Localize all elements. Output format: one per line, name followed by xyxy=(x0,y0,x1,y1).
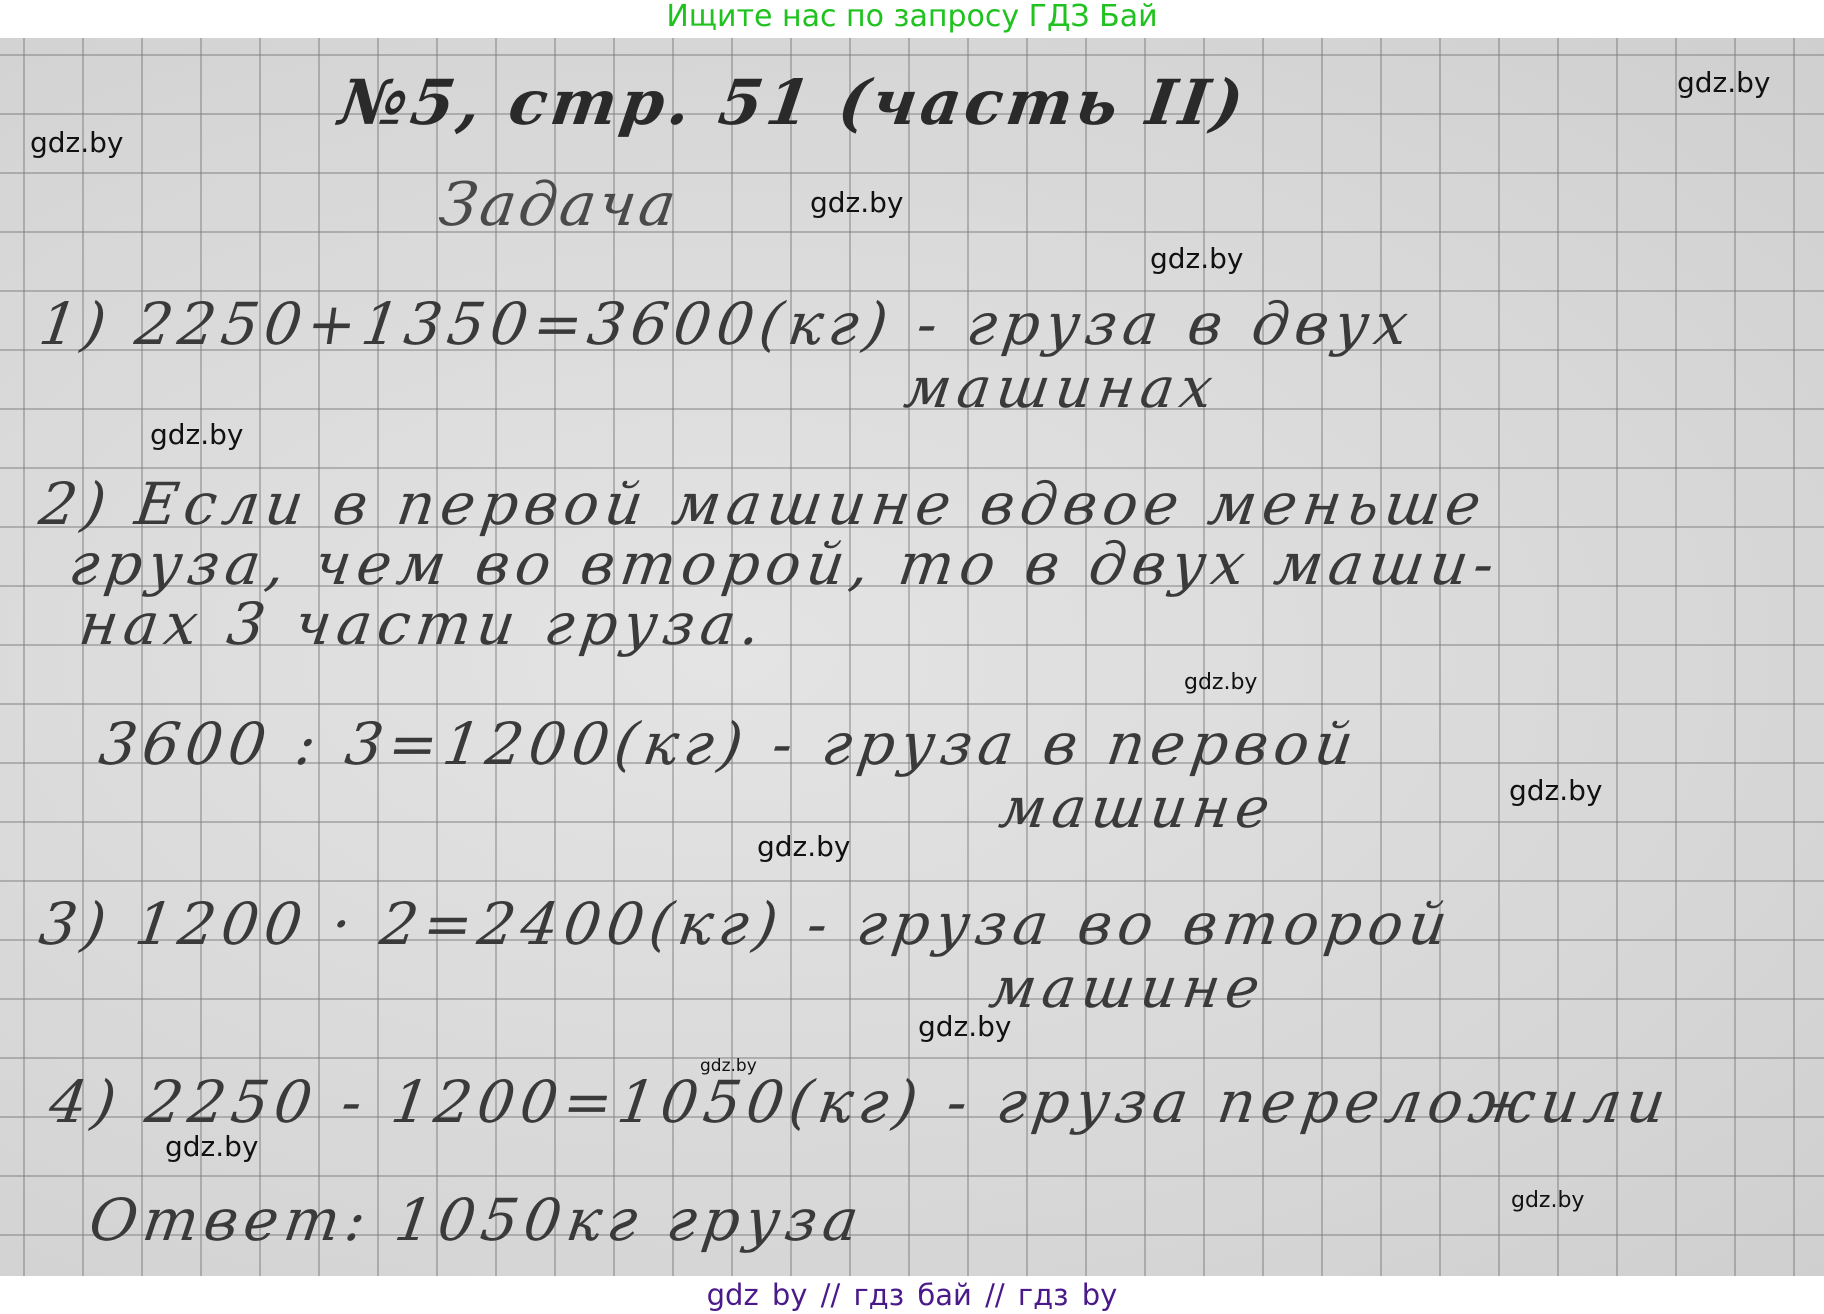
watermark: gdz.by xyxy=(810,186,904,219)
solution-step-3: 3) 1200 · 2=2400(кг) - груза во второй xyxy=(35,890,1457,958)
watermark: gdz.by xyxy=(1150,242,1244,275)
watermark: gdz.by xyxy=(150,418,244,451)
watermark: gdz.by xyxy=(30,126,124,159)
solution-step-4: 4) 2250 - 1200=1050(кг) - груза переложи… xyxy=(45,1068,1675,1136)
notebook-page: №5, стр. 51 (часть II) Задача 1) 2250+13… xyxy=(0,38,1824,1276)
task-heading: Задача xyxy=(435,170,683,240)
task-title: №5, стр. 51 (часть II) xyxy=(335,66,1252,139)
watermark: gdz.by xyxy=(918,1010,1012,1043)
watermark: gdz.by xyxy=(1511,1188,1584,1213)
solution-step-3-cont: машине xyxy=(985,956,1269,1021)
top-search-banner: Ищите нас по запросу ГДЗ Бай xyxy=(0,0,1824,38)
solution-step-2: 2) Если в первой машине вдвое меньше xyxy=(35,470,1491,538)
solution-step-1: 1) 2250+1350=3600(кг) - груза в двух xyxy=(35,290,1418,358)
watermark: gdz.by xyxy=(700,1056,757,1076)
watermark: gdz.by xyxy=(1509,774,1603,807)
solution-step-2-calc-cont: машине xyxy=(995,776,1279,841)
bottom-site-banner: gdz by // гдз бай // гдз by xyxy=(0,1276,1824,1314)
watermark: gdz.by xyxy=(1677,66,1771,99)
solution-step-2-cont2: нах 3 части груза. xyxy=(75,590,770,658)
watermark: gdz.by xyxy=(1184,670,1257,695)
watermark: gdz.by xyxy=(757,830,851,863)
solution-step-1-cont: машинах xyxy=(900,356,1222,421)
watermark: gdz.by xyxy=(165,1130,259,1163)
solution-step-2-cont: груза, чем во второй, то в двух маши- xyxy=(65,530,1504,598)
answer-line: Ответ: 1050кг груза xyxy=(85,1186,868,1254)
solution-step-2-calc: 3600 : 3=1200(кг) - груза в первой xyxy=(95,710,1363,778)
